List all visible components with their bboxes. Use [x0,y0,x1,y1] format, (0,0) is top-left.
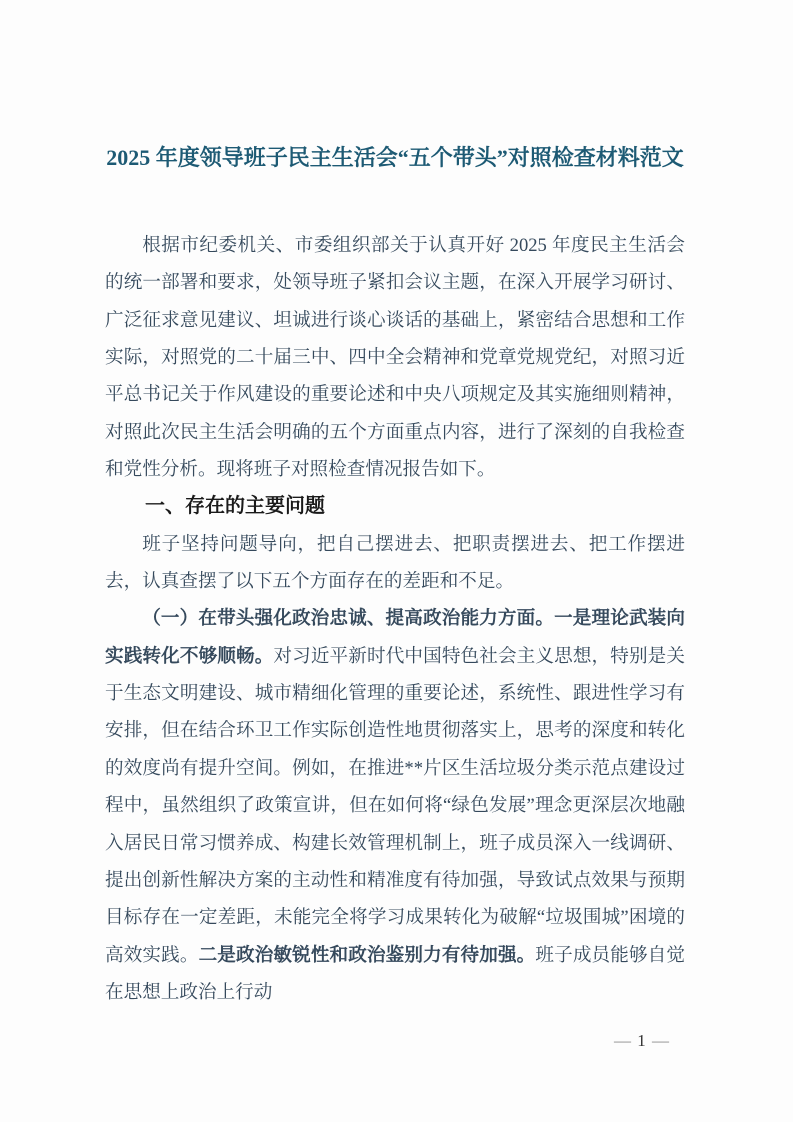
overview-paragraph: 班子坚持问题导向，把自己摆进去、把职责摆进去、把工作摆进去，认真查摆了以下五个方… [105,526,685,601]
point-1-sub2-title: 二是政治敏锐性和政治鉴别力有待加强。 [199,945,536,966]
page-number-right-dash: — [652,1031,670,1050]
page-number-left-dash: — [614,1031,632,1050]
document-content: 根据市纪委机关、市委组织部关于认真开好 2025 年度民主生活会的统一部署和要求… [105,227,685,1011]
point-1-lead: （一）在带头强化政治忠诚、提高政治能力方面。 [142,608,554,629]
intro-paragraph: 根据市纪委机关、市委组织部关于认真开好 2025 年度民主生活会的统一部署和要求… [105,227,685,488]
document-page: 2025 年度领导班子民主生活会“五个带头”对照检查材料范文 根据市纪委机关、市… [0,0,793,1122]
point-1-sub1-text: 对习近平新时代中国特色社会主义思想，特别是关于生态文明建设、城市精细化管理的重要… [105,646,685,966]
section-heading-problems: 一、存在的主要问题 [105,488,685,525]
page-number: — 1 — [614,1030,670,1052]
point-1-paragraph: （一）在带头强化政治忠诚、提高政治能力方面。一是理论武装向实践转化不够顺畅。对习… [105,600,685,1011]
page-number-value: 1 [637,1031,647,1050]
document-title: 2025 年度领导班子民主生活会“五个带头”对照检查材料范文 [105,141,685,175]
